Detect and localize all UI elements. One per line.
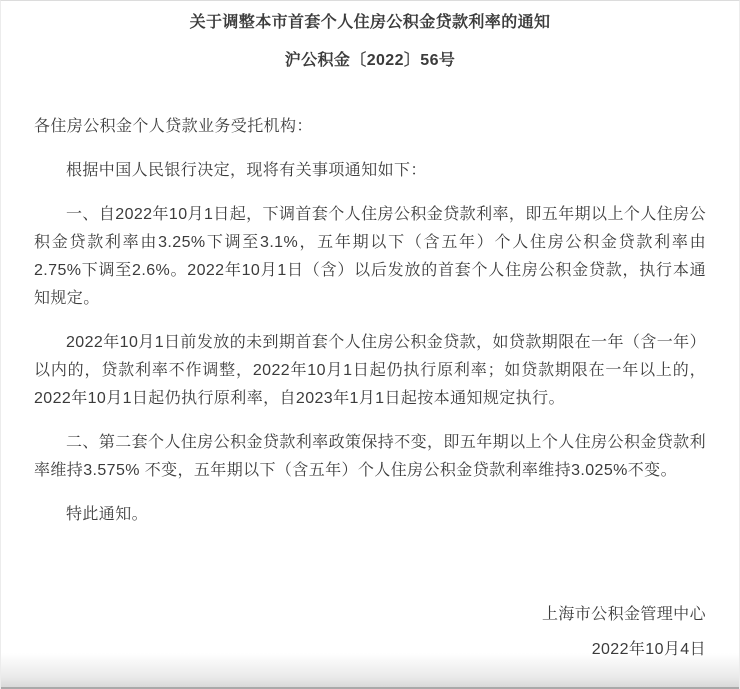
issuer-signature: 上海市公积金管理中心 xyxy=(34,601,706,629)
body-paragraph: 一、自2022年10月1日起，下调首套个人住房公积金贷款利率，即五年期以上个人住… xyxy=(34,201,706,313)
notice-document: 关于调整本市首套个人住房公积金贷款利率的通知 沪公积金〔2022〕56号 各住房… xyxy=(0,0,740,689)
document-body: 根据中国人民银行决定，现将有关事项通知如下： 一、自2022年10月1日起，下调… xyxy=(34,157,706,529)
issue-date: 2022年10月4日 xyxy=(34,636,706,664)
document-number: 沪公积金〔2022〕56号 xyxy=(34,47,706,75)
body-paragraph: 2022年10月1日前发放的未到期首套个人住房公积金贷款，如贷款期限在一年（含一… xyxy=(34,329,706,413)
body-paragraph: 二、第二套个人住房公积金贷款利率政策保持不变，即五年期以上个人住房公积金贷款利率… xyxy=(34,429,706,485)
salutation: 各住房公积金个人贷款业务受托机构： xyxy=(34,113,706,141)
body-paragraph: 特此通知。 xyxy=(34,501,706,529)
document-title: 关于调整本市首套个人住房公积金贷款利率的通知 xyxy=(34,9,706,37)
body-paragraph: 根据中国人民银行决定，现将有关事项通知如下： xyxy=(34,157,706,185)
